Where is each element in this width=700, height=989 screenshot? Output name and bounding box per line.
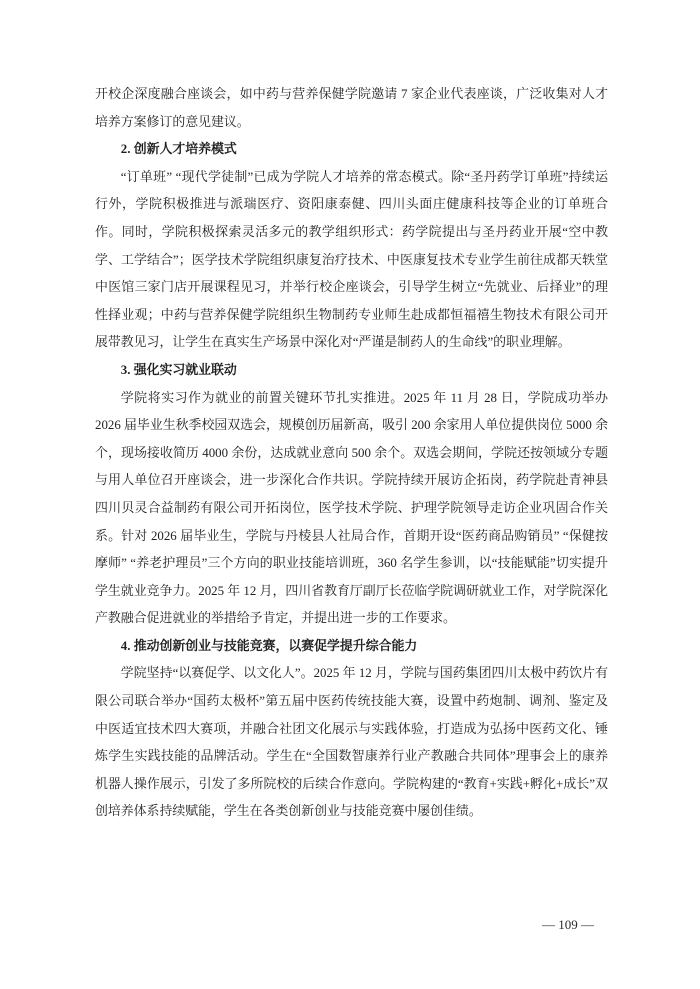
- document-page: 开校企深度融合座谈会，如中药与营养保健学院邀请 7 家企业代表座谈，广泛收集对人…: [0, 0, 700, 989]
- page-number: — 109 —: [0, 915, 700, 935]
- heading-innovation-competition: 4. 推动创新创业与技能竞赛，以赛促学提升综合能力: [95, 633, 608, 661]
- heading-innovate-talent-model: 2. 创新人才培养模式: [95, 136, 608, 164]
- heading-internship-employment: 3. 强化实习就业联动: [95, 357, 608, 385]
- paragraph-skills-contest: 学院坚持“以赛促学、以文化人”。2025 年 12 月，学院与国药集团四川太极中…: [95, 660, 608, 826]
- paragraph-job-fair: 学院将实习作为就业的前置关键环节扎实推进。2025 年 11 月 28 日，学院…: [95, 385, 608, 633]
- paragraph-order-class: “订单班” “现代学徒制”已成为学院人才培养的常态模式。除“圣丹药学订单班”持续…: [95, 164, 608, 357]
- document-body: 开校企深度融合座谈会，如中药与营养保健学院邀请 7 家企业代表座谈，广泛收集对人…: [95, 81, 608, 826]
- paragraph-continuation: 开校企深度融合座谈会，如中药与营养保健学院邀请 7 家企业代表座谈，广泛收集对人…: [95, 81, 608, 136]
